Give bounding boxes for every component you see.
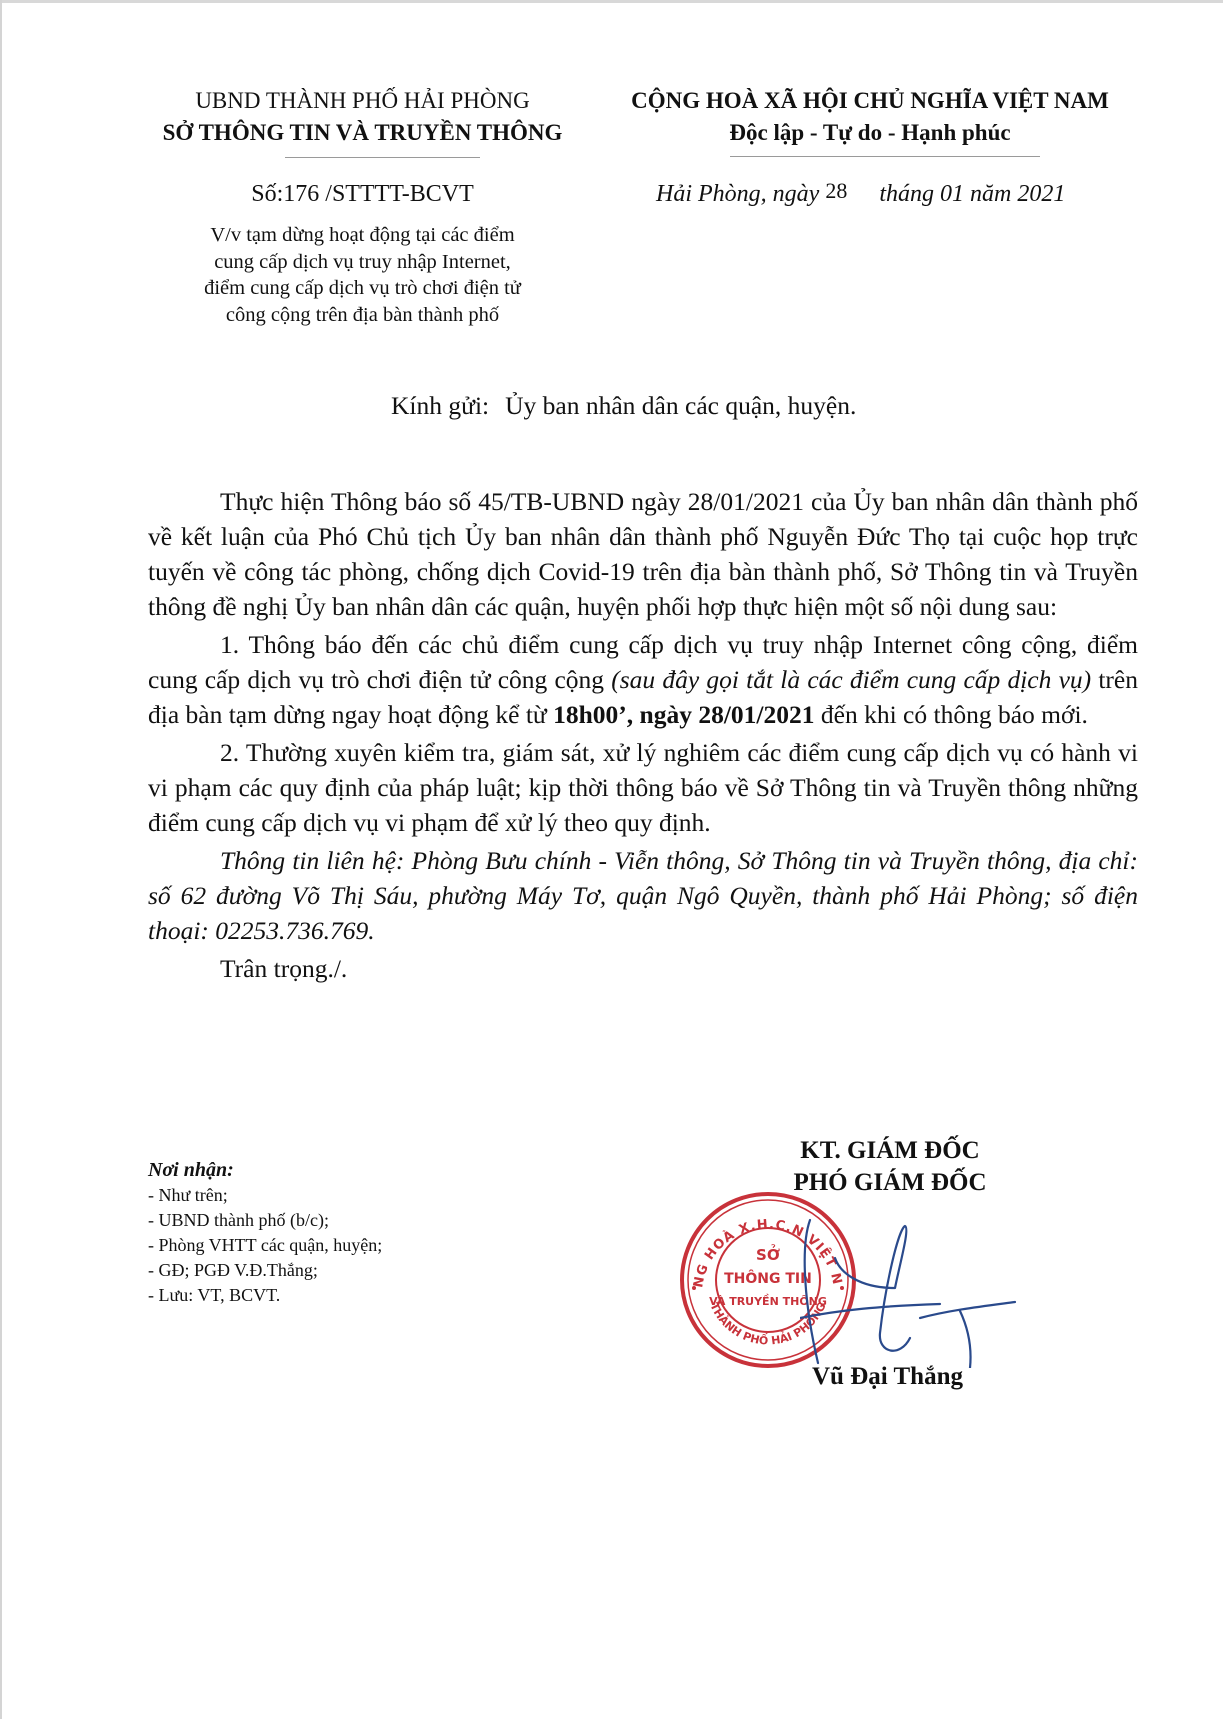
intro-paragraph: Thực hiện Thông báo số 45/TB-UBND ngày 2… <box>148 484 1138 624</box>
addressee: Kính gửi:Ủy ban nhân dân các quận, huyện… <box>391 391 856 421</box>
addressee-value: Ủy ban nhân dân các quận, huyện. <box>505 391 856 420</box>
item-1-text-end: đến khi có thông báo mới. <box>815 700 1088 729</box>
place-date: Hải Phòng, ngày 28tháng 01 năm 2021 <box>656 181 1065 208</box>
national-title: CỘNG HOÀ XÃ HỘI CHỦ NGHĨA VIỆT NAM <box>600 88 1140 114</box>
place-date-prefix: Hải Phòng, ngày <box>656 181 825 207</box>
date-month-year: tháng 01 năm 2021 <box>879 181 1065 207</box>
recipient-item: - Lưu: VT, BCVT. <box>148 1283 382 1308</box>
contact-paragraph: Thông tin liên hệ: Phòng Bưu chính - Viễ… <box>148 843 1138 948</box>
recipient-item: - GĐ; PGĐ V.Đ.Thắng; <box>148 1258 382 1283</box>
header-right-underline <box>730 156 1040 157</box>
item-1-note: (sau đây gọi tắt là các điểm cung cấp dị… <box>611 665 1091 694</box>
signature-title-1: KT. GIÁM ĐỐC <box>740 1135 1040 1167</box>
addressee-label: Kính gửi: <box>391 391 489 420</box>
document-number: Số:176 /STTTT-BCVT <box>135 181 590 208</box>
handwritten-signature-icon <box>800 1218 1030 1368</box>
national-motto: Độc lập - Tự do - Hạnh phúc <box>600 120 1140 146</box>
recipient-item: - Phòng VHTT các quận, huyện; <box>148 1233 382 1258</box>
issuing-department: SỞ THÔNG TIN VÀ TRUYỀN THÔNG <box>135 120 590 146</box>
recipients-list: Nơi nhận: - Như trên; - UBND thành phố (… <box>148 1157 382 1308</box>
intro-text: Thực hiện Thông báo số 45/TB-UBND ngày 2… <box>148 487 1138 621</box>
subject-line: V/v tạm dừng hoạt động tại các điểm <box>135 222 590 249</box>
item-1-paragraph: 1. Thông báo đến các chủ điểm cung cấp d… <box>148 627 1138 732</box>
date-day: 28 <box>825 178 847 203</box>
item-1-deadline: 18h00’, ngày 28/01/2021 <box>553 700 814 729</box>
subject-line: cung cấp dịch vụ truy nhập Internet, <box>135 249 590 276</box>
recipient-item: - Như trên; <box>148 1183 382 1208</box>
item-2-text: 2. Thường xuyên kiểm tra, giám sát, xử l… <box>148 738 1138 837</box>
page-edge-left <box>0 0 2 1719</box>
recipient-item: - UBND thành phố (b/c); <box>148 1208 382 1233</box>
signer-name: Vũ Đại Thắng <box>812 1363 963 1391</box>
closing-text: Trân trọng./. <box>220 954 347 983</box>
subject-line: công cộng trên địa bàn thành phố <box>135 302 590 329</box>
document-body: Thực hiện Thông báo số 45/TB-UBND ngày 2… <box>148 484 1138 986</box>
svg-text:SỞ: SỞ <box>756 1243 780 1264</box>
recipients-title: Nơi nhận: <box>148 1157 382 1183</box>
page-edge-top <box>0 0 1223 3</box>
subject-line: điểm cung cấp dịch vụ trò chơi điện tử <box>135 275 590 302</box>
closing-paragraph: Trân trọng./. <box>148 951 1138 986</box>
svg-text:THÔNG TIN: THÔNG TIN <box>724 1269 812 1287</box>
item-2-paragraph: 2. Thường xuyên kiểm tra, giám sát, xử l… <box>148 735 1138 840</box>
header-left-underline <box>285 157 480 158</box>
document-subject: V/v tạm dừng hoạt động tại các điểm cung… <box>135 222 590 328</box>
contact-text: Thông tin liên hệ: Phòng Bưu chính - Viễ… <box>148 846 1138 945</box>
issuing-authority: UBND THÀNH PHỐ HẢI PHÒNG <box>135 88 590 114</box>
